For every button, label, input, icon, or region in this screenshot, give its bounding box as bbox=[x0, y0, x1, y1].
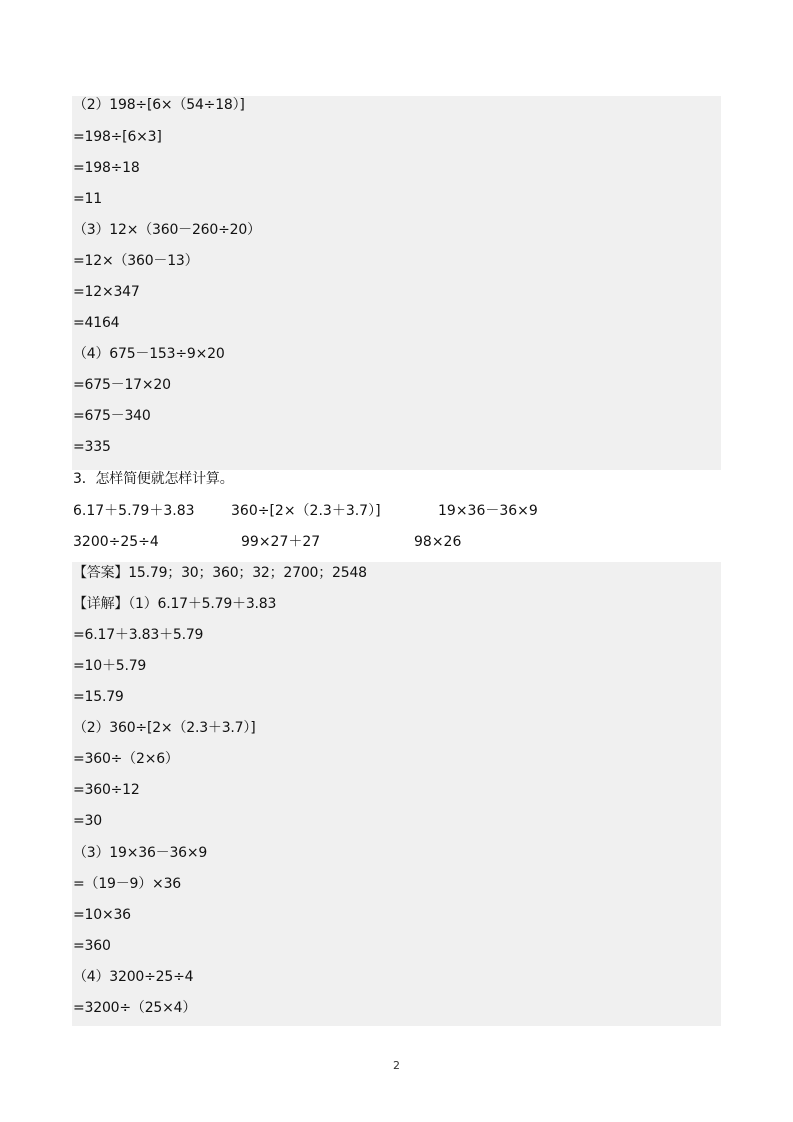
solution-line: 【详解】（1）6.17＋5.79＋3.83 bbox=[73, 595, 276, 613]
solution-line: =3200÷（25×4） bbox=[73, 999, 196, 1017]
question-title: 3．怎样简便就怎样计算。 bbox=[73, 470, 234, 488]
solution-line: （2）198÷[6×（54÷18）] bbox=[73, 96, 245, 114]
solution-line: （4）675－153÷9×20 bbox=[73, 345, 225, 363]
solution-line: =198÷18 bbox=[73, 159, 140, 177]
problem: 19×36－36×9 bbox=[438, 502, 538, 520]
problem: 3200÷25÷4 bbox=[73, 533, 159, 551]
solution-line: =12×347 bbox=[73, 283, 140, 301]
problem: 6.17＋5.79＋3.83 bbox=[73, 502, 195, 520]
solution-line: =10＋5.79 bbox=[73, 657, 146, 675]
solution-block-shade-1 bbox=[72, 96, 721, 470]
solution-line: =4164 bbox=[73, 314, 119, 332]
solution-line: =10×36 bbox=[73, 906, 131, 924]
solution-line: =30 bbox=[73, 812, 102, 830]
problem: 98×26 bbox=[414, 533, 461, 551]
solution-line: =6.17＋3.83＋5.79 bbox=[73, 626, 203, 644]
solution-line: =11 bbox=[73, 190, 102, 208]
solution-line: （4）3200÷25÷4 bbox=[73, 968, 193, 986]
problem: 360÷[2×（2.3＋3.7）] bbox=[231, 502, 381, 520]
solution-line: =（19－9）×36 bbox=[73, 875, 181, 893]
solution-line: =360÷（2×6） bbox=[73, 750, 179, 768]
solution-line: =15.79 bbox=[73, 688, 124, 706]
solution-line: =198÷[6×3] bbox=[73, 128, 162, 146]
solution-line: （3）19×36－36×9 bbox=[73, 844, 207, 862]
answer-line: 【答案】15.79；30；360；32；2700；2548 bbox=[73, 564, 367, 582]
solution-line: =360÷12 bbox=[73, 781, 140, 799]
solution-line: （3）12×（360－260÷20） bbox=[73, 221, 261, 239]
problem: 99×27＋27 bbox=[241, 533, 320, 551]
solution-line: =360 bbox=[73, 937, 111, 955]
solution-line: =12×（360－13） bbox=[73, 252, 198, 270]
page-number: 2 bbox=[393, 1059, 400, 1072]
solution-line: =335 bbox=[73, 438, 111, 456]
solution-line: （2）360÷[2×（2.3＋3.7）] bbox=[73, 719, 255, 737]
solution-line: =675－17×20 bbox=[73, 376, 171, 394]
solution-line: =675－340 bbox=[73, 407, 151, 425]
